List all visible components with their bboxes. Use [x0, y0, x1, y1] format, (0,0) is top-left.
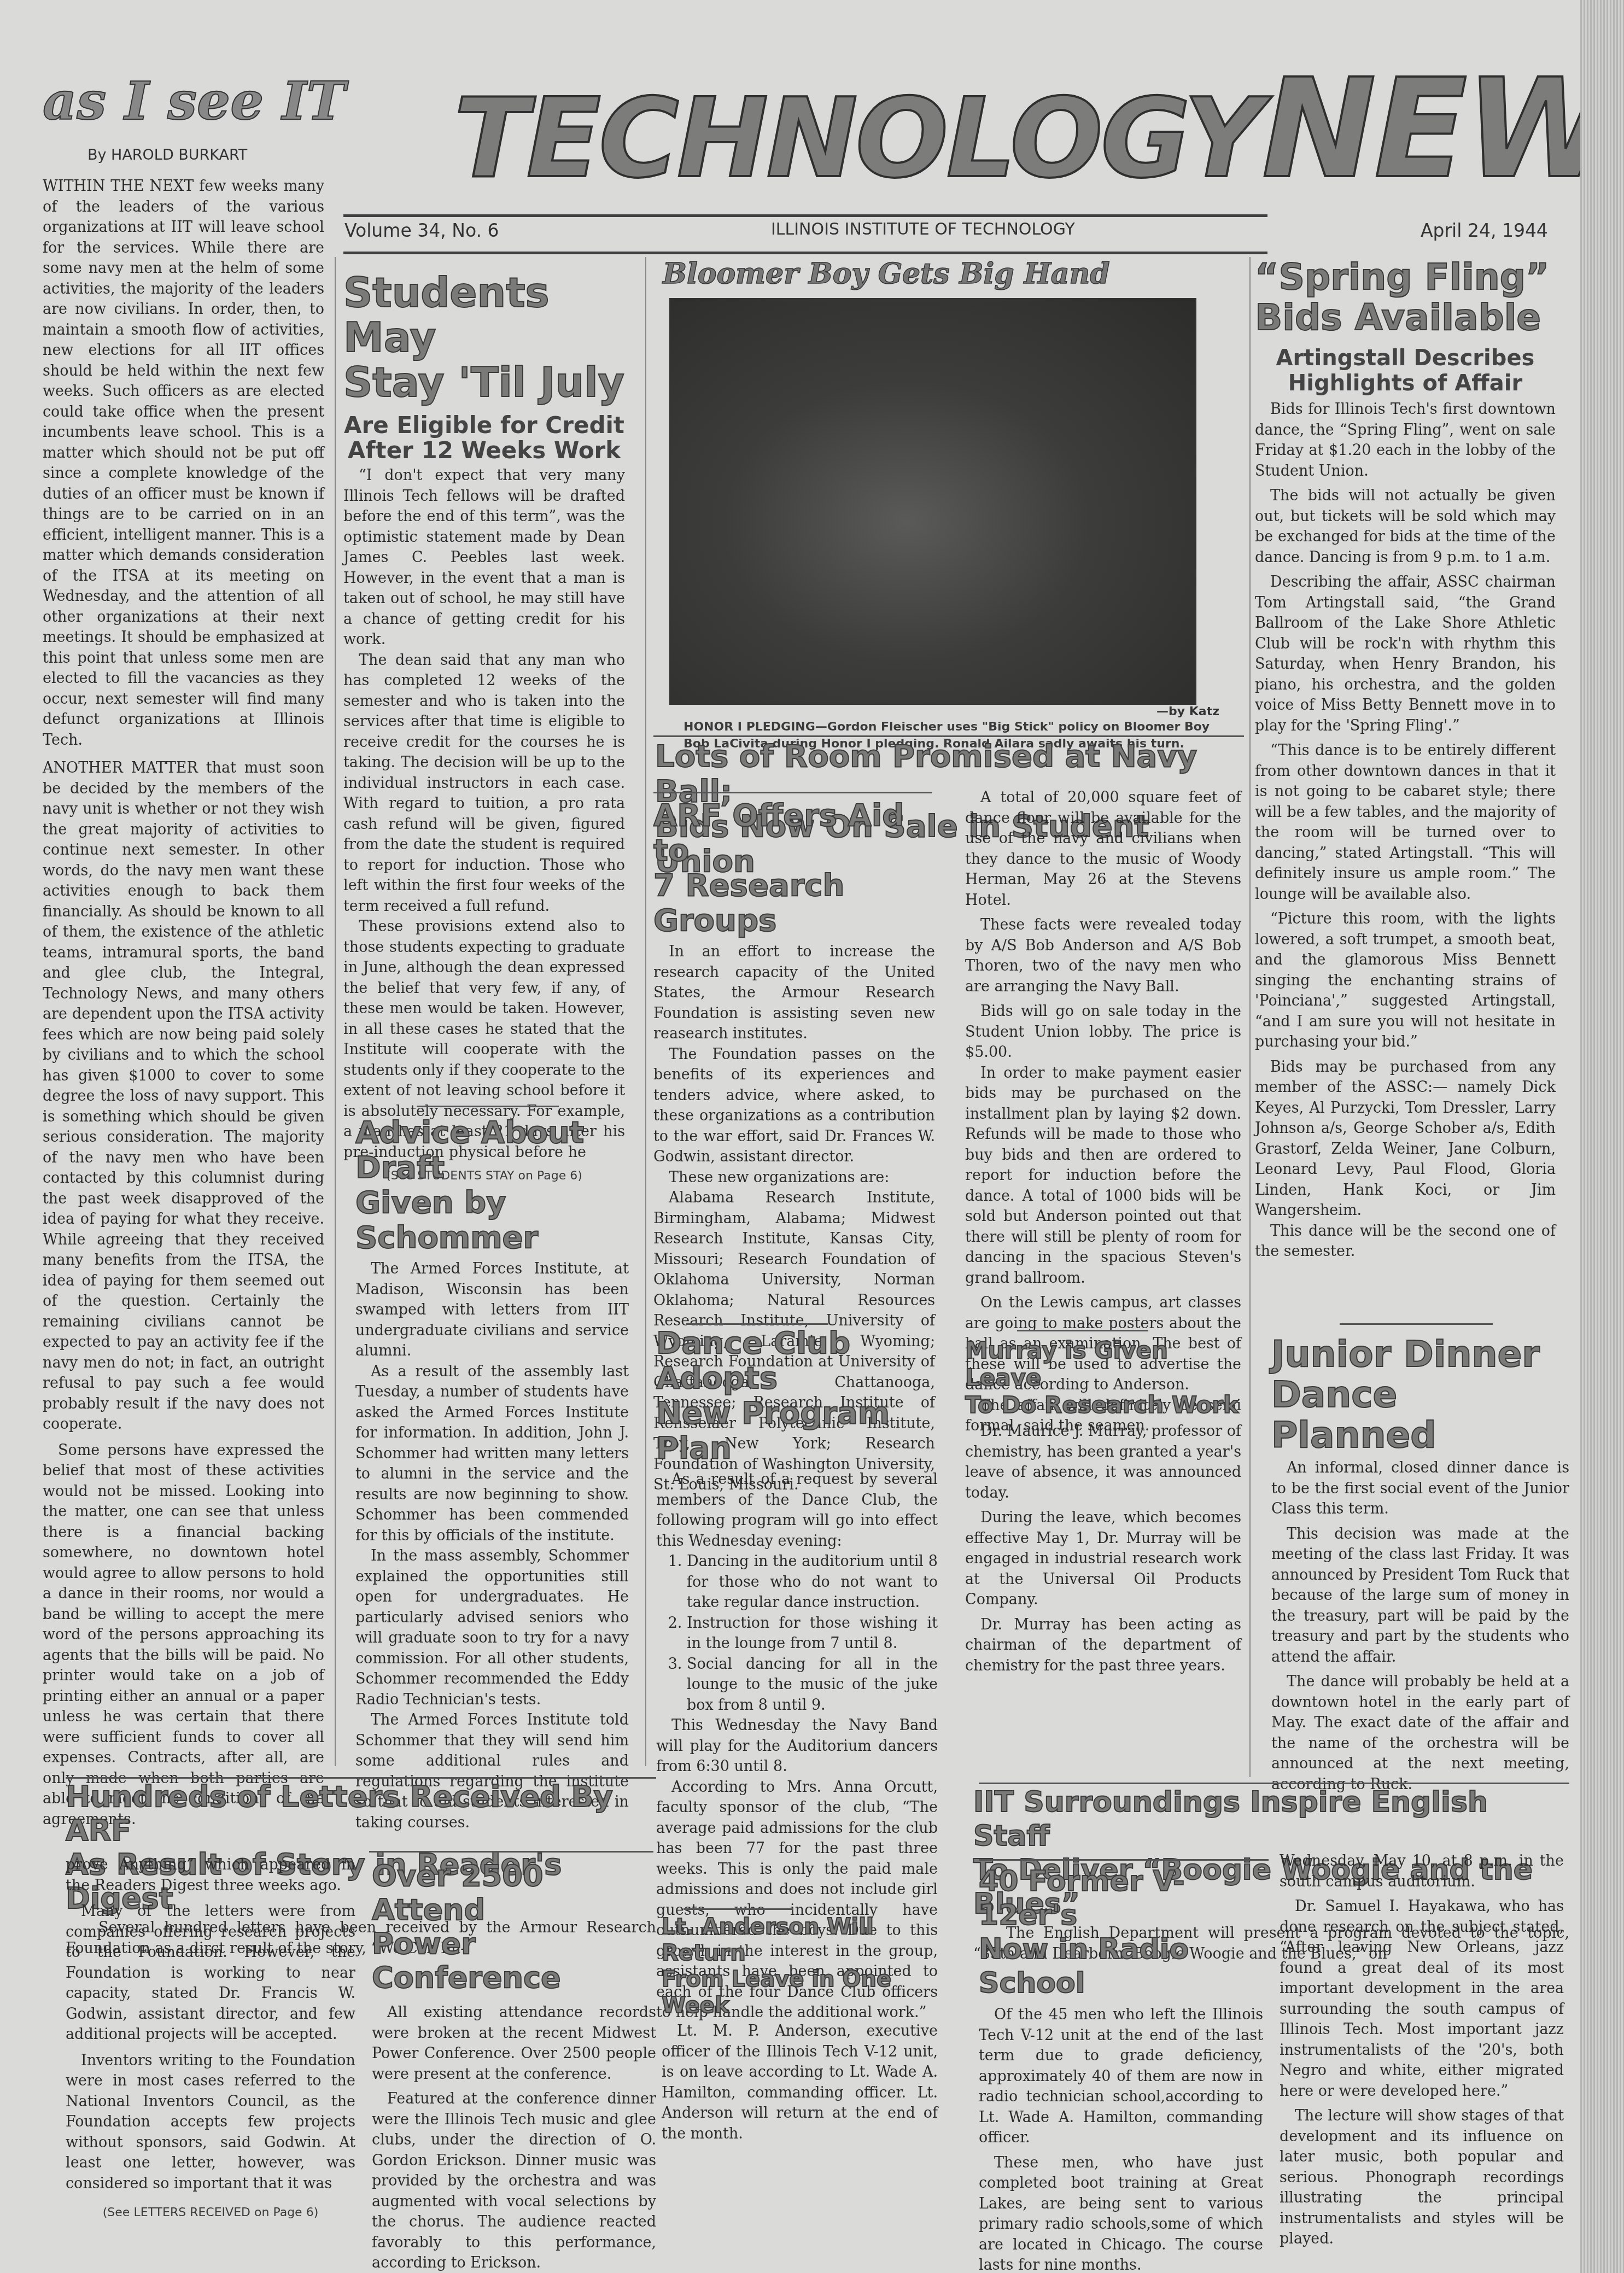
headline: Lt. Anderson Will Return From Leave in O… — [662, 1914, 938, 2019]
issue-date: April 24, 1944 — [1421, 220, 1548, 241]
article-paragraph: The Foundation passes on the benefits of… — [653, 1044, 935, 1167]
divider — [1017, 1330, 1148, 1331]
article-paragraph: Lt. M. P. Anderson, executive officer of… — [662, 2021, 938, 2144]
continued-link[interactable]: (See LETTERS RECEIVED on Page 6) — [66, 2202, 355, 2223]
article-paragraph: Of the 45 men who left the Illinois Tech… — [979, 2005, 1263, 2148]
article-paragraph: During the leave, which becomes effectiv… — [965, 1507, 1241, 1610]
article-advice-draft: Advice About Draft Given by Schommer The… — [355, 1115, 629, 1833]
column-paragraph: WITHIN THE NEXT few weeks many of the le… — [43, 176, 324, 750]
article-paragraph: prove Anything” which appeared in the Re… — [66, 1855, 355, 1896]
article-paragraph: The dance will probably be held at a dow… — [1271, 1672, 1569, 1795]
photo-feature-bloomer-boy: Bloomer Boy Gets Big Hand —by Katz HONOR… — [656, 257, 1241, 752]
column-rule — [335, 257, 336, 1766]
divider — [979, 1859, 1269, 1861]
column-rule — [645, 257, 646, 1766]
headline: Dance Club Adopts New Program Plan — [656, 1326, 938, 1466]
article-paragraph: These men, who have just completed boot … — [979, 2153, 1263, 2273]
photo-credit: —by Katz — [656, 705, 1241, 718]
photo-honor-i-pledging — [669, 298, 1196, 705]
column-title: as I see IT — [43, 70, 327, 132]
page-binding-edge — [1580, 0, 1624, 2273]
article-spring-fling: “Spring Fling” Bids Available Artingstal… — [1255, 257, 1556, 1262]
volume-number: Volume 34, No. 6 — [344, 220, 499, 241]
headline: 40 Former V-12er's Now in Radio School — [979, 1865, 1263, 2000]
divider — [979, 1783, 1569, 1784]
divider — [66, 1777, 656, 1779]
article-paragraph: This Wednesday the Navy Band will play f… — [656, 1715, 938, 1777]
article-paragraph: The lecture will show stages of that dev… — [1280, 2106, 1564, 2249]
article-paragraph: Bids for Illinois Tech's first downtown … — [1255, 399, 1556, 481]
article-paragraph: In order to make payment easier bids may… — [965, 1063, 1241, 1289]
article-paragraph: In the mass assembly, Schommer explained… — [355, 1546, 629, 1710]
program-item: Instruction for those wishing it in the … — [687, 1613, 938, 1654]
headline: Over 2500 Attend Power Conference — [372, 1859, 656, 1995]
article-paragraph: This decision was made at the meeting of… — [1271, 1524, 1569, 1668]
column-paragraph: ANOTHER MATTER that must soon be decided… — [43, 758, 324, 1435]
program-list: Dancing in the auditorium until 8 for th… — [656, 1551, 938, 1715]
article-paragraph: Dr. Murray has been acting as chairman o… — [965, 1615, 1241, 1676]
article-paragraph: “I don't expect that very many Illinois … — [343, 465, 625, 650]
subheadline: Artingstall Describes Highlights of Affa… — [1255, 346, 1556, 396]
institution-name: ILLINOIS INSTITUTE OF TECHNOLOGY — [771, 220, 1075, 239]
masthead-word-news: NEWS — [1261, 49, 1624, 208]
divider — [684, 1908, 793, 1910]
article-paragraph: The Armed Forces Institute, at Madison, … — [355, 1259, 629, 1362]
masthead-word-technology: TECHNOLOGY — [454, 75, 1261, 202]
article-paragraph: “Picture this room, with the lights lowe… — [1255, 909, 1556, 1053]
column-body: WITHIN THE NEXT few weeks many of the le… — [43, 176, 324, 1830]
article-students-stay: Students May Stay 'Til July Are Eligible… — [343, 271, 625, 1183]
article-letters-arf-body: prove Anything” which appeared in the Re… — [66, 1855, 355, 2223]
article-paragraph: Bids may be purchased from any member of… — [1255, 1057, 1556, 1221]
article-paragraph: Many of the letters were from companies … — [66, 1901, 355, 2045]
article-murray: Murray is Given Leave To Do Research Wor… — [965, 1337, 1241, 1676]
article-power-conference: Over 2500 Attend Power Conference All ex… — [372, 1859, 656, 2273]
article-paragraph: The bids will not actually be given out,… — [1255, 486, 1556, 568]
program-item: Dancing in the auditorium until 8 for th… — [687, 1551, 938, 1613]
divider — [417, 1106, 559, 1107]
headline: “Spring Fling” Bids Available — [1255, 257, 1556, 338]
headline: Students May Stay 'Til July — [343, 271, 625, 405]
article-paragraph: Wednesday, May 10, at 8 p.m. in the sout… — [1280, 1851, 1564, 1892]
article-paragraph: As a result of a request by several memb… — [656, 1469, 938, 1551]
article-paragraph: “This dance is to be entirely different … — [1255, 740, 1556, 904]
column-rule — [1249, 257, 1251, 1777]
divider — [686, 1323, 828, 1325]
headline: Murray is Given Leave To Do Research Wor… — [965, 1337, 1241, 1419]
article-paragraph: An informal, closed dinner dance is to b… — [1271, 1458, 1569, 1520]
article-paragraph: These new organizations are: — [653, 1167, 935, 1188]
masthead-bottom-rule — [343, 252, 1267, 254]
article-paragraph: Describing the affair, ASSC chairman Tom… — [1255, 572, 1556, 736]
article-paragraph: The dean said that any man who has compl… — [343, 650, 625, 917]
headline: Bloomer Boy Gets Big Hand — [656, 257, 1241, 290]
article-paragraph: All existing attendance records were bro… — [372, 2002, 656, 2084]
article-lt-anderson: Lt. Anderson Will Return From Leave in O… — [662, 1914, 938, 2144]
article-v12ers: 40 Former V-12er's Now in Radio School O… — [979, 1865, 1263, 2273]
divider — [1340, 1323, 1493, 1325]
article-paragraph: Inventors writing to the Foundation were… — [66, 2050, 355, 2194]
column-paragraph: Some persons have expressed the belief t… — [43, 1440, 324, 1830]
program-item: Social dancing for all in the lounge to … — [687, 1654, 938, 1716]
article-paragraph: Featured at the conference dinner were t… — [372, 2089, 656, 2273]
divider — [369, 1851, 653, 1853]
column-byline: By HAROLD BURKART — [87, 147, 247, 163]
article-junior-dinner: Junior Dinner Dance Planned An informal,… — [1271, 1334, 1569, 1795]
newspaper-page: as I see IT By HAROLD BURKART TECHNOLOGY… — [0, 0, 1586, 2273]
masthead-title: TECHNOLOGY NEWS — [454, 49, 1624, 208]
article-paragraph: In an effort to increase the research ca… — [653, 942, 935, 1044]
headline: ARF Offers Aid to 7 Research Groups — [653, 798, 935, 938]
divider — [653, 792, 932, 793]
headline: Junior Dinner Dance Planned — [1271, 1334, 1569, 1456]
masthead-top-rule — [343, 214, 1267, 217]
article-paragraph: Dr. Maurice J. Murray, professor of chem… — [965, 1421, 1241, 1503]
article-paragraph: A total of 20,000 square feet of dance f… — [965, 787, 1241, 910]
headline: Advice About Draft Given by Schommer — [355, 1115, 629, 1255]
subheadline: Are Eligible for Credit After 12 Weeks W… — [343, 413, 625, 463]
article-paragraph: This dance will be the second one of the… — [1255, 1221, 1556, 1262]
article-paragraph: These facts were revealed today by A/S B… — [965, 915, 1241, 997]
article-english-staff-body: Wednesday, May 10, at 8 p.m. in the sout… — [1280, 1851, 1564, 2249]
article-paragraph: Dr. Samuel I. Hayakawa, who has done res… — [1280, 1896, 1564, 2101]
article-paragraph: Bids will go on sale today in the Studen… — [965, 1001, 1241, 1063]
article-paragraph: As a result of the assembly last Tuesday… — [355, 1362, 629, 1546]
divider — [653, 735, 1244, 737]
